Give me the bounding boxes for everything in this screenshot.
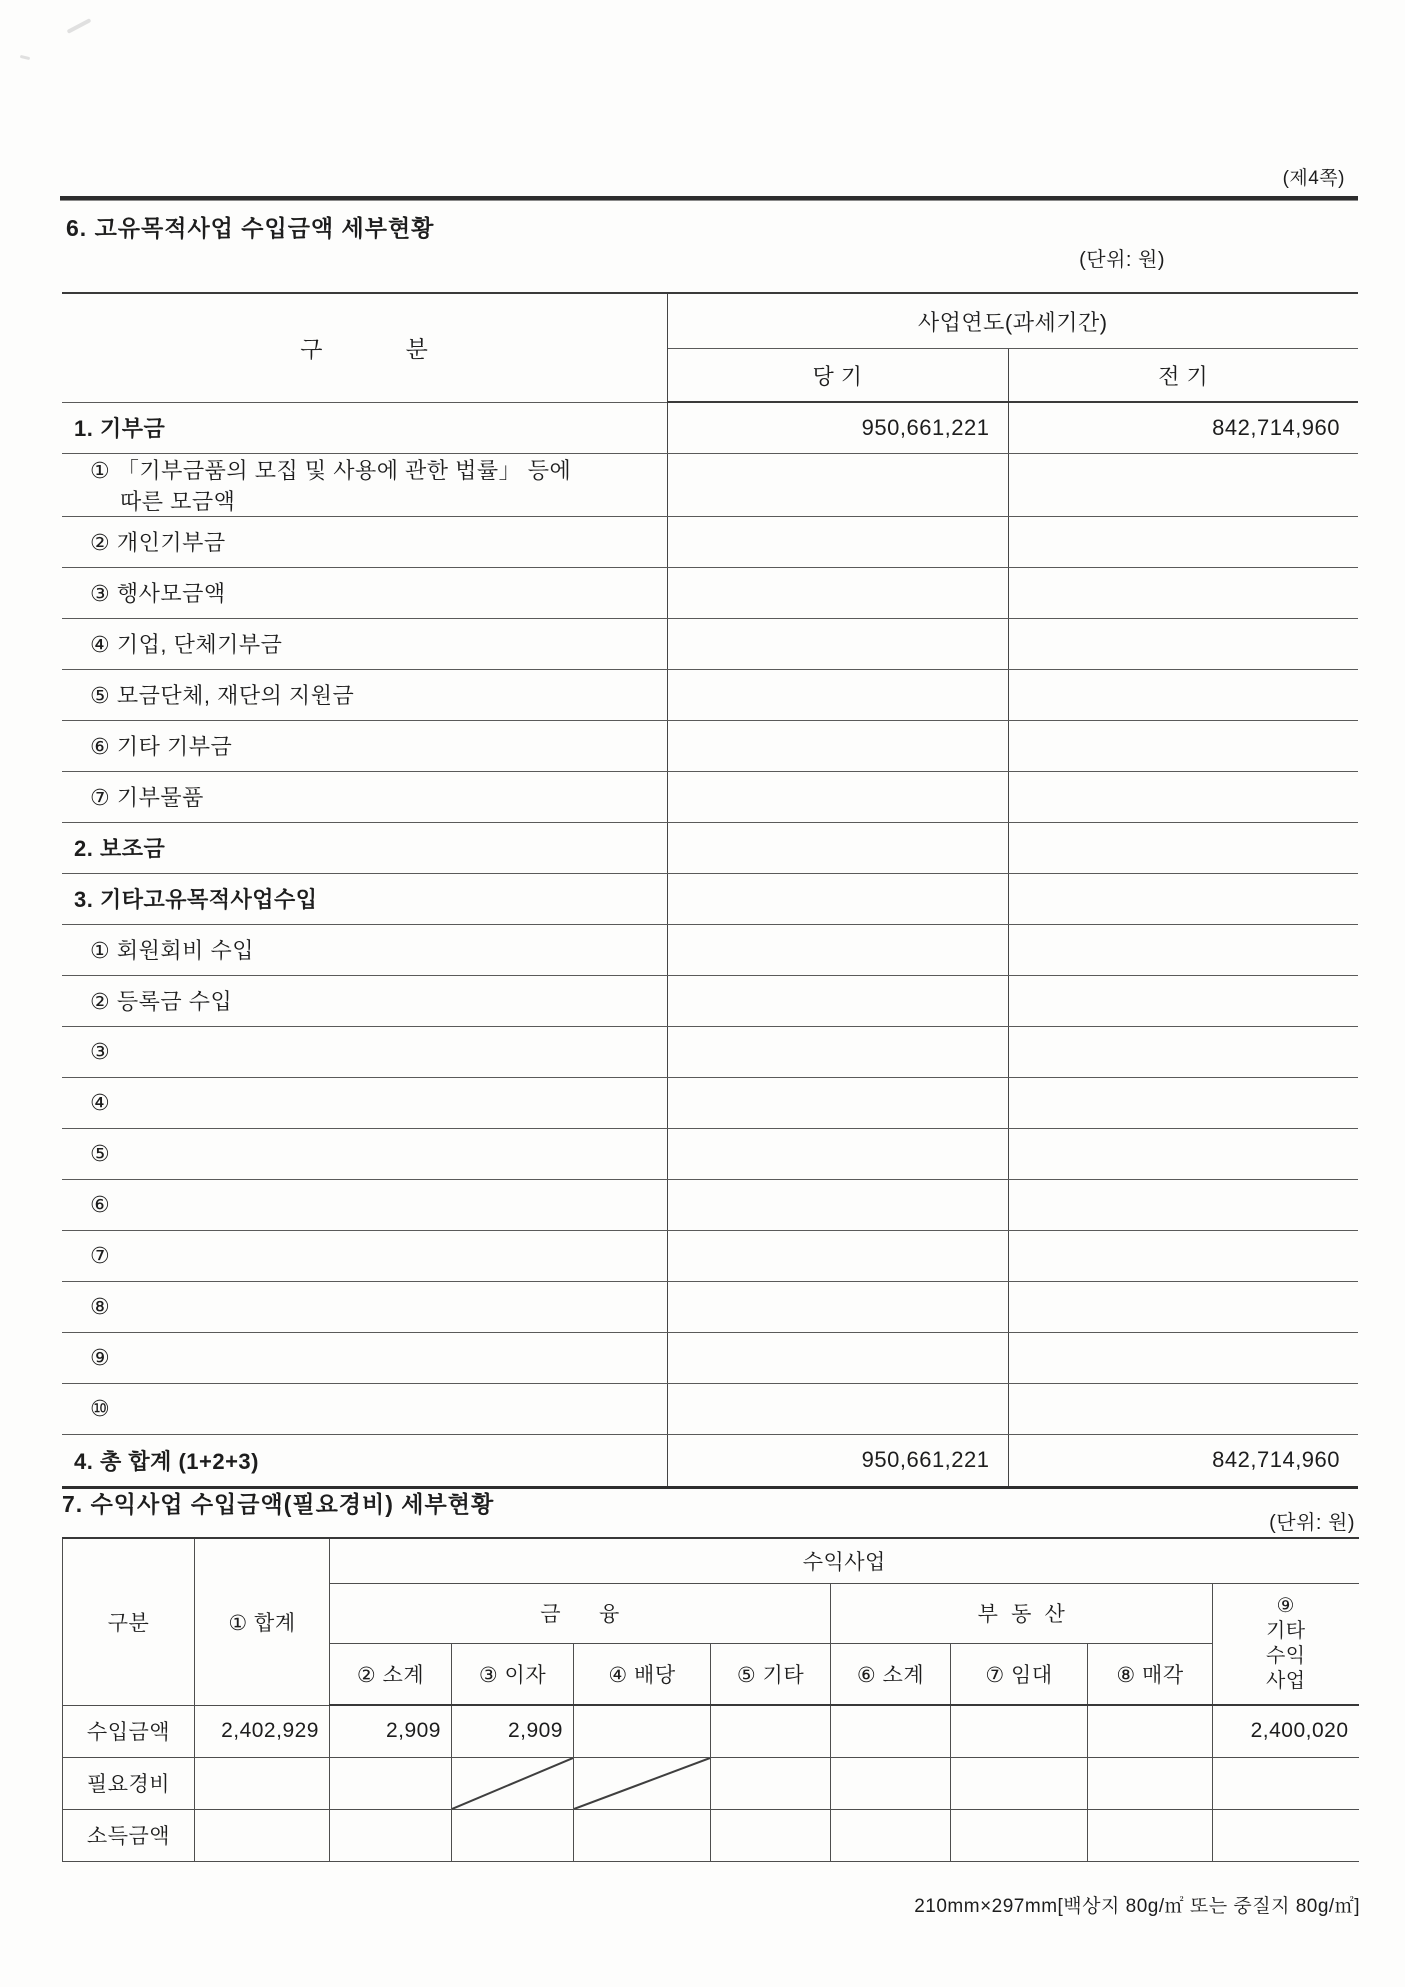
column-header-leaf: ② 소계 [330, 1643, 452, 1705]
row-label-text: ② 등록금 수입 [62, 985, 667, 1016]
row-label: 소득금액 [63, 1809, 195, 1861]
cell-value: 2,400,020 [1213, 1705, 1359, 1757]
row-label-text: 4. 총 합계 (1+2+3) [62, 1445, 667, 1476]
row-label: 수입금액 [63, 1705, 195, 1757]
table-row: ③ [62, 1026, 1358, 1077]
paper-spec-footer: 210mm×297mm[백상지 80g/㎡ 또는 중질지 80g/㎡] [914, 1891, 1360, 1918]
group-header-profit-business: 수익사업 [330, 1538, 1359, 1583]
row-label-text: ③ [62, 1039, 667, 1065]
diagonal-line [574, 1758, 710, 1809]
cell-value [951, 1705, 1088, 1757]
table-row: ⑧ [62, 1281, 1358, 1332]
cell-value [195, 1809, 330, 1861]
table-row: ⑩ [62, 1383, 1358, 1434]
row-label: ① 회원회비 수입 [62, 924, 667, 975]
row-label: 1. 기부금 [62, 402, 667, 453]
cell-value [574, 1705, 711, 1757]
table-row: ⑦ 기부물품 [62, 771, 1358, 822]
row-label-text: ⑤ 모금단체, 재단의 지원금 [62, 679, 667, 710]
table-row: 4. 총 합계 (1+2+3)950,661,221842,714,960 [62, 1434, 1358, 1487]
row-label: ④ [62, 1077, 667, 1128]
row-label: ④ 기업, 단체기부금 [62, 618, 667, 669]
cell-value [711, 1757, 831, 1809]
scan-artifact [67, 18, 92, 34]
previous-period-value [1008, 1077, 1358, 1128]
current-period-value [667, 1383, 1008, 1434]
cell-value [831, 1705, 951, 1757]
section7-title: 7. 수익사업 수입금액(필요경비) 세부현황 [62, 1486, 494, 1519]
table-row: 필요경비 [63, 1757, 1359, 1809]
current-period-value [667, 822, 1008, 873]
current-period-value [667, 1281, 1008, 1332]
proper-purpose-income-table: 구 분 사업연도(과세기간) 당 기 전 기 1. 기부금950,661,221… [62, 292, 1358, 1489]
column-header-leaf: ③ 이자 [452, 1643, 574, 1705]
previous-period-value [1008, 669, 1358, 720]
column-header-current-period: 당 기 [667, 349, 1008, 403]
previous-period-value [1008, 1128, 1358, 1179]
cell-value: 2,909 [330, 1705, 452, 1757]
table-header-row: 구 분 사업연도(과세기간) [62, 293, 1358, 349]
cell-value [951, 1757, 1088, 1809]
current-period-value [667, 924, 1008, 975]
cell-value [831, 1757, 951, 1809]
previous-period-value [1008, 618, 1358, 669]
row-label-text: ⑦ [62, 1243, 667, 1269]
column-header-category: 구 분 [62, 293, 667, 402]
current-period-value [667, 1077, 1008, 1128]
column-header-leaf: ④ 배당 [574, 1643, 711, 1705]
cell-value [1088, 1809, 1213, 1861]
cell-value [1088, 1705, 1213, 1757]
table-row: ⑥ 기타 기부금 [62, 720, 1358, 771]
cell-value [711, 1705, 831, 1757]
row-label: ⑦ [62, 1230, 667, 1281]
diagonal-line [452, 1758, 573, 1809]
previous-period-value: 842,714,960 [1008, 1434, 1358, 1487]
profit-table-body: 수입금액2,402,9292,9092,9092,400,020필요경비소득금액 [63, 1705, 1359, 1861]
previous-period-value [1008, 771, 1358, 822]
column-header-leaf: ⑦ 임대 [951, 1643, 1088, 1705]
row-label: ⑤ [62, 1128, 667, 1179]
row-label: ⑨ [62, 1332, 667, 1383]
row-label-text: ① 「기부금품의 모집 및 사용에 관한 법률」 등에 [62, 454, 667, 485]
row-label: ② 등록금 수입 [62, 975, 667, 1026]
row-label-text: ④ 기업, 단체기부금 [62, 628, 667, 659]
current-period-value [667, 1128, 1008, 1179]
column-header-leaf: ⑤ 기타 [711, 1643, 831, 1705]
column-header-leaf: ⑥ 소계 [831, 1643, 951, 1705]
previous-period-value [1008, 453, 1358, 516]
current-period-value [667, 873, 1008, 924]
row-label: ① 「기부금품의 모집 및 사용에 관한 법률」 등에따른 모금액 [62, 453, 667, 516]
header-line: 기타 [1213, 1619, 1359, 1644]
current-period-value [667, 516, 1008, 567]
column-header-other-profit-business: ⑨기타수익사업 [1213, 1583, 1359, 1705]
row-label-text: ② 개인기부금 [62, 526, 667, 557]
previous-period-value [1008, 873, 1358, 924]
row-label-text: ⑨ [62, 1345, 667, 1371]
previous-period-value [1008, 1281, 1358, 1332]
column-header-previous-period: 전 기 [1008, 349, 1358, 403]
table-row: ⑥ [62, 1179, 1358, 1230]
previous-period-value [1008, 1179, 1358, 1230]
table-row: ① 「기부금품의 모집 및 사용에 관한 법률」 등에따른 모금액 [62, 453, 1358, 516]
column-header-business-year: 사업연도(과세기간) [667, 293, 1358, 349]
group-header-finance: 금 융 [330, 1583, 831, 1643]
current-period-value [667, 1026, 1008, 1077]
row-label-text: 2. 보조금 [62, 832, 667, 863]
cell-value [1213, 1809, 1359, 1861]
row-label: ⑩ [62, 1383, 667, 1434]
row-label-text: ④ [62, 1090, 667, 1116]
table-row: ⑨ [62, 1332, 1358, 1383]
page-number-marker: (제4쪽) [1283, 163, 1345, 190]
row-label-text: ⑧ [62, 1294, 667, 1320]
table-row: 소득금액 [63, 1809, 1359, 1861]
row-label: 필요경비 [63, 1757, 195, 1809]
row-label-text: 1. 기부금 [62, 412, 667, 443]
row-label-text: ⑩ [62, 1396, 667, 1422]
current-period-value [667, 771, 1008, 822]
row-label: ⑥ [62, 1179, 667, 1230]
table-row: ② 등록금 수입 [62, 975, 1358, 1026]
current-period-value [667, 720, 1008, 771]
current-period-value: 950,661,221 [667, 402, 1008, 453]
table-row: ⑦ [62, 1230, 1358, 1281]
cell-value [831, 1809, 951, 1861]
table-row: ③ 행사모금액 [62, 567, 1358, 618]
current-period-value [667, 453, 1008, 516]
current-period-value [667, 669, 1008, 720]
row-label-text: ⑤ [62, 1141, 667, 1167]
table-row: 2. 보조금 [62, 822, 1358, 873]
table-row: ④ [62, 1077, 1358, 1128]
cell-value [1088, 1757, 1213, 1809]
diagonal-strikethrough-cell [574, 1757, 711, 1809]
row-label-text: ③ 행사모금액 [62, 577, 667, 608]
previous-period-value [1008, 1332, 1358, 1383]
previous-period-value [1008, 822, 1358, 873]
current-period-value: 950,661,221 [667, 1434, 1008, 1487]
header-line: ⑨ [1213, 1594, 1359, 1619]
current-period-value [667, 1179, 1008, 1230]
row-label-text: ⑥ [62, 1192, 667, 1218]
cell-value [330, 1757, 452, 1809]
table-row: ① 회원회비 수입 [62, 924, 1358, 975]
previous-period-value [1008, 720, 1358, 771]
column-header-total: ① 합계 [195, 1538, 330, 1705]
previous-period-value [1008, 1230, 1358, 1281]
header-line: 사업 [1213, 1669, 1359, 1694]
previous-period-value [1008, 1026, 1358, 1077]
section6-title: 6. 고유목적사업 수입금액 세부현황 [66, 210, 434, 243]
column-header-leaf: ⑧ 매각 [1088, 1643, 1213, 1705]
row-label: ⑤ 모금단체, 재단의 지원금 [62, 669, 667, 720]
previous-period-value [1008, 567, 1358, 618]
row-label-text: ⑥ 기타 기부금 [62, 730, 667, 761]
section6-unit-label: (단위: 원) [1079, 243, 1165, 272]
cell-value [330, 1809, 452, 1861]
cell-value [1213, 1757, 1359, 1809]
group-header-real-estate: 부 동 산 [831, 1583, 1213, 1643]
purpose-income-table-body: 1. 기부금950,661,221842,714,960① 「기부금품의 모집 … [62, 402, 1358, 1487]
header-line: 수익 [1213, 1644, 1359, 1669]
cell-value [711, 1809, 831, 1861]
row-label: ② 개인기부금 [62, 516, 667, 567]
cell-value: 2,909 [452, 1705, 574, 1757]
row-label-text: ⑦ 기부물품 [62, 781, 667, 812]
scan-artifact [20, 55, 30, 60]
cell-value: 2,402,929 [195, 1705, 330, 1757]
table-row: 3. 기타고유목적사업수입 [62, 873, 1358, 924]
cell-value [452, 1809, 574, 1861]
row-label: ③ 행사모금액 [62, 567, 667, 618]
previous-period-value [1008, 975, 1358, 1026]
cell-value [574, 1809, 711, 1861]
current-period-value [667, 618, 1008, 669]
row-label: 3. 기타고유목적사업수입 [62, 873, 667, 924]
section7-unit-label: (단위: 원) [1269, 1506, 1355, 1535]
current-period-value [667, 1230, 1008, 1281]
cell-value [195, 1757, 330, 1809]
row-label: ⑧ [62, 1281, 667, 1332]
current-period-value [667, 975, 1008, 1026]
row-label: ⑥ 기타 기부금 [62, 720, 667, 771]
column-header-category: 구분 [63, 1538, 195, 1705]
current-period-value [667, 567, 1008, 618]
top-divider-rule [60, 196, 1358, 201]
diagonal-strikethrough-cell [452, 1757, 574, 1809]
current-period-value [667, 1332, 1008, 1383]
scanned-form-page: (제4쪽) 6. 고유목적사업 수입금액 세부현황 (단위: 원) 구 분 사업… [0, 0, 1405, 1987]
row-label: ③ [62, 1026, 667, 1077]
row-label-text: 3. 기타고유목적사업수입 [62, 883, 667, 914]
previous-period-value [1008, 924, 1358, 975]
row-label: 4. 총 합계 (1+2+3) [62, 1434, 667, 1487]
previous-period-value [1008, 516, 1358, 567]
table-row: ⑤ [62, 1128, 1358, 1179]
previous-period-value [1008, 1383, 1358, 1434]
table-row: 수입금액2,402,9292,9092,9092,400,020 [63, 1705, 1359, 1757]
previous-period-value: 842,714,960 [1008, 402, 1358, 453]
table-row: 1. 기부금950,661,221842,714,960 [62, 402, 1358, 453]
row-label-text: ① 회원회비 수입 [62, 934, 667, 965]
cell-value [951, 1809, 1088, 1861]
table-row: ④ 기업, 단체기부금 [62, 618, 1358, 669]
table-row: ② 개인기부금 [62, 516, 1358, 567]
profit-business-table: 구분 ① 합계 수익사업 금 융 부 동 산 ⑨기타수익사업 ② 소계③ 이자④… [62, 1537, 1359, 1862]
row-label: 2. 보조금 [62, 822, 667, 873]
table-header-row: 구분 ① 합계 수익사업 [63, 1538, 1359, 1583]
row-label-text: 따른 모금액 [62, 485, 667, 516]
table-row: ⑤ 모금단체, 재단의 지원금 [62, 669, 1358, 720]
row-label: ⑦ 기부물품 [62, 771, 667, 822]
